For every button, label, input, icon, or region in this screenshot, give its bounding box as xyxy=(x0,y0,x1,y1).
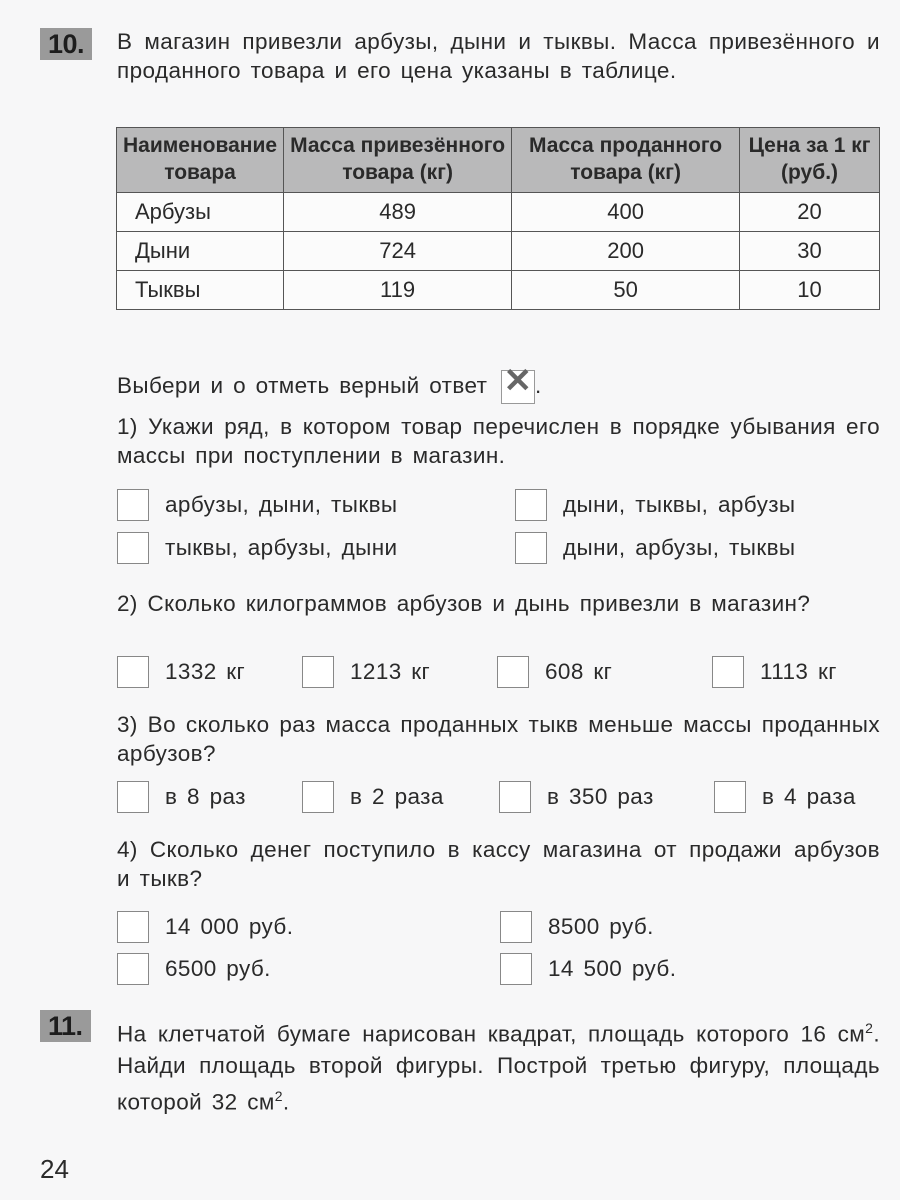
q4-option-2[interactable]: 8500 руб. xyxy=(500,911,654,943)
cell-name: Дыни xyxy=(117,232,284,271)
q3-option-3[interactable]: в 350 раз xyxy=(499,781,654,813)
option-label: 6500 руб. xyxy=(165,956,271,982)
q2-option-2[interactable]: 1213 кг xyxy=(302,656,430,688)
q2-option-1[interactable]: 1332 кг xyxy=(117,656,245,688)
checkbox[interactable] xyxy=(117,656,149,688)
checkbox[interactable] xyxy=(302,656,334,688)
option-label: дыни, тыквы, арбузы xyxy=(563,492,796,518)
option-label: 14 000 руб. xyxy=(165,914,293,940)
cell-price: 10 xyxy=(740,271,880,310)
header-mass-delivered: Масса привезённого товара (кг) xyxy=(284,128,512,193)
option-label: в 8 раз xyxy=(165,784,246,810)
checkbox[interactable] xyxy=(515,532,547,564)
q1-option-4[interactable]: дыни, арбузы, тыквы xyxy=(515,532,796,564)
header-price: Цена за 1 кг (руб.) xyxy=(740,128,880,193)
option-label: 608 кг xyxy=(545,659,612,685)
cell-name: Тыквы xyxy=(117,271,284,310)
question-2-text: 2) Сколько килограммов арбузов и дынь пр… xyxy=(117,589,880,618)
cell-mass-delivered: 489 xyxy=(284,193,512,232)
checkbox[interactable] xyxy=(497,656,529,688)
table-row: Тыквы 119 50 10 xyxy=(117,271,880,310)
table-header-row: Наименование товара Масса привезённого т… xyxy=(117,128,880,193)
q2-option-4[interactable]: 1113 кг xyxy=(712,656,837,688)
question-1-text: 1) Укажи ряд, в котором товар перечислен… xyxy=(117,412,880,470)
checkbox[interactable] xyxy=(302,781,334,813)
checkbox[interactable] xyxy=(117,532,149,564)
task-11-text-part3: . xyxy=(283,1089,290,1114)
cell-mass-sold: 400 xyxy=(512,193,740,232)
option-label: 14 500 руб. xyxy=(548,956,676,982)
checkbox[interactable] xyxy=(515,489,547,521)
option-label: 1332 кг xyxy=(165,659,245,685)
cell-mass-delivered: 724 xyxy=(284,232,512,271)
cell-name: Арбузы xyxy=(117,193,284,232)
option-label: 1113 кг xyxy=(760,659,837,685)
checkbox[interactable] xyxy=(500,911,532,943)
goods-table: Наименование товара Масса привезённого т… xyxy=(116,127,880,310)
task-10-number: 10. xyxy=(40,28,92,60)
table-row: Дыни 724 200 30 xyxy=(117,232,880,271)
option-label: арбузы, дыни, тыквы xyxy=(165,492,398,518)
q4-option-4[interactable]: 14 500 руб. xyxy=(500,953,676,985)
checkbox[interactable] xyxy=(117,781,149,813)
cell-price: 30 xyxy=(740,232,880,271)
cell-mass-sold: 200 xyxy=(512,232,740,271)
checkbox[interactable] xyxy=(117,489,149,521)
superscript: 2 xyxy=(275,1088,283,1104)
checkbox[interactable] xyxy=(714,781,746,813)
q3-option-4[interactable]: в 4 раза xyxy=(714,781,856,813)
q1-option-1[interactable]: арбузы, дыни, тыквы xyxy=(117,489,398,521)
checkbox[interactable] xyxy=(712,656,744,688)
example-checked-box: ✕ xyxy=(501,370,535,404)
option-label: 8500 руб. xyxy=(548,914,654,940)
checkbox[interactable] xyxy=(500,953,532,985)
task-10-intro: В магазин привезли арбузы, дыни и тыквы.… xyxy=(117,27,880,85)
instruction-period: . xyxy=(535,373,542,398)
checkbox[interactable] xyxy=(499,781,531,813)
instruction-text: Выбери и о отметь верный ответ xyxy=(117,373,487,398)
task-11-text: На клетчатой бумаге нарисован квадрат, п… xyxy=(117,1013,880,1117)
checkbox[interactable] xyxy=(117,953,149,985)
task-11-number: 11. xyxy=(40,1010,91,1042)
table-row: Арбузы 489 400 20 xyxy=(117,193,880,232)
cell-mass-sold: 50 xyxy=(512,271,740,310)
option-label: тыквы, арбузы, дыни xyxy=(165,535,398,561)
question-3-text: 3) Во сколько раз масса проданных тыкв м… xyxy=(117,710,880,768)
question-4-text: 4) Сколько денег поступило в кассу магаз… xyxy=(117,835,880,893)
instruction: Выбери и о отметь верный ответ ✕. xyxy=(117,370,542,404)
q4-option-3[interactable]: 6500 руб. xyxy=(117,953,271,985)
q1-option-2[interactable]: дыни, тыквы, арбузы xyxy=(515,489,796,521)
q4-option-1[interactable]: 14 000 руб. xyxy=(117,911,293,943)
task-11-text-part1: На клетчатой бумаге нарисован квадрат, п… xyxy=(117,1022,865,1047)
header-mass-sold: Масса проданного товара (кг) xyxy=(512,128,740,193)
option-label: в 2 раза xyxy=(350,784,444,810)
checkbox[interactable] xyxy=(117,911,149,943)
q1-option-3[interactable]: тыквы, арбузы, дыни xyxy=(117,532,398,564)
option-label: дыни, арбузы, тыквы xyxy=(563,535,796,561)
cell-price: 20 xyxy=(740,193,880,232)
q3-option-2[interactable]: в 2 раза xyxy=(302,781,444,813)
cell-mass-delivered: 119 xyxy=(284,271,512,310)
q2-option-3[interactable]: 608 кг xyxy=(497,656,612,688)
page-number: 24 xyxy=(40,1154,69,1185)
q3-option-1[interactable]: в 8 раз xyxy=(117,781,246,813)
option-label: в 4 раза xyxy=(762,784,856,810)
option-label: в 350 раз xyxy=(547,784,654,810)
option-label: 1213 кг xyxy=(350,659,430,685)
cross-icon: ✕ xyxy=(502,367,534,396)
header-name: Наименование товара xyxy=(117,128,284,193)
